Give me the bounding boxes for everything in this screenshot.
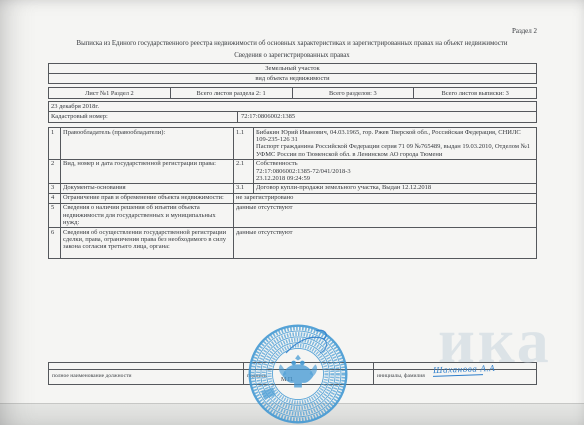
row-number: 2 [49,160,61,183]
row-value-line: Бибакин Юрий Иванович, 04.03.1965, гор. … [256,129,534,144]
row-label: Документы-основания [61,184,234,193]
row-value-line: Договор купли-продажи земельного участка… [256,184,534,191]
row-subnumber: 3.1 [234,184,254,193]
row-value-line: данные отсутствуют [236,204,534,211]
row-value-line: 23.12.2018 09:24:59 [256,175,534,182]
sheet-info-cell: Лист №1 Раздел 2 [49,88,171,99]
row-value-line: 72:17:0806002:1385-72/041/2018-3 [256,168,534,175]
document-title: Выписка из Единого государственного реес… [0,40,584,47]
date-cadastral-table: 23 декабря 2018г. Кадастровый номер: 72:… [48,101,537,123]
position-caption: полное наименование должности [49,370,244,384]
extract-date: 23 декабря 2018г. [49,102,536,112]
sheet-info-cell: Всего листов выписки: 3 [414,88,536,99]
cadastral-number-label: Кадастровый номер: [49,112,238,122]
row-value: Собственность72:17:0806002:1385-72/041/2… [254,160,536,183]
rights-row: 2Вид, номер и дата государственной регис… [49,160,536,184]
row-value: Бибакин Юрий Иванович, 04.03.1965, гор. … [254,128,536,159]
row-value: данные отсутствуют [234,228,536,258]
sheet-info-row: Лист №1 Раздел 2Всего листов раздела 2: … [48,87,537,99]
row-label: Сведения об осуществлении государственно… [61,228,234,258]
official-round-stamp [240,316,356,425]
double-headed-eagle-emblem [279,355,317,388]
object-type-caption: вид объекта недвижимости [48,73,537,84]
row-number: 3 [49,184,61,193]
rights-row: 5Сведения о наличии решения об изъятии о… [49,204,536,228]
row-number: 1 [49,128,61,159]
document-subtitle: Сведения о зарегистрированных правах [0,52,584,59]
signature-cell-empty [49,363,244,370]
cadastral-number-value: 72:17:0806002:1385 [238,112,536,122]
rights-row: 6Сведения об осуществлении государственн… [49,228,536,258]
section-label: Раздел 2 [0,27,537,35]
row-label: Правообладатель (правообладатели): [61,128,234,159]
row-number: 5 [49,204,61,227]
row-subnumber: 1.1 [234,128,254,159]
sheet-info-cell: Всего разделов: 3 [293,88,415,99]
row-subnumber: 2.1 [234,160,254,183]
row-value: не зарегистрировано [234,194,536,203]
scanned-egrn-extract-page: ика Раздел 2 Выписка из Единого государс… [0,0,584,425]
row-value-line: не зарегистрировано [236,194,534,201]
rights-row: 1Правообладатель (правообладатели):1.1Би… [49,128,536,160]
row-label: Ограничение прав и обременение объекта н… [61,194,234,203]
row-label: Сведения о наличии решения об изъятии об… [61,204,234,227]
site-watermark: ика [438,312,552,370]
rights-row: 4Ограничение прав и обременение объекта … [49,194,536,204]
row-label: Вид, номер и дата государственной регист… [61,160,234,183]
row-value-line: Паспорт гражданина Российской Федерации … [256,143,534,158]
row-value-line: Собственность [256,160,534,167]
row-value: Договор купли-продажи земельного участка… [254,184,536,193]
row-number: 6 [49,228,61,258]
row-number: 4 [49,194,61,203]
rights-row: 3Документы-основания3.1Договор купли-про… [49,184,536,194]
sheet-info-cell: Всего листов раздела 2: 1 [171,88,293,99]
row-value-line: данные отсутствуют [236,229,534,236]
row-value: данные отсутствуют [234,204,536,227]
rights-table: 1Правообладатель (правообладатели):1.1Би… [48,127,537,259]
